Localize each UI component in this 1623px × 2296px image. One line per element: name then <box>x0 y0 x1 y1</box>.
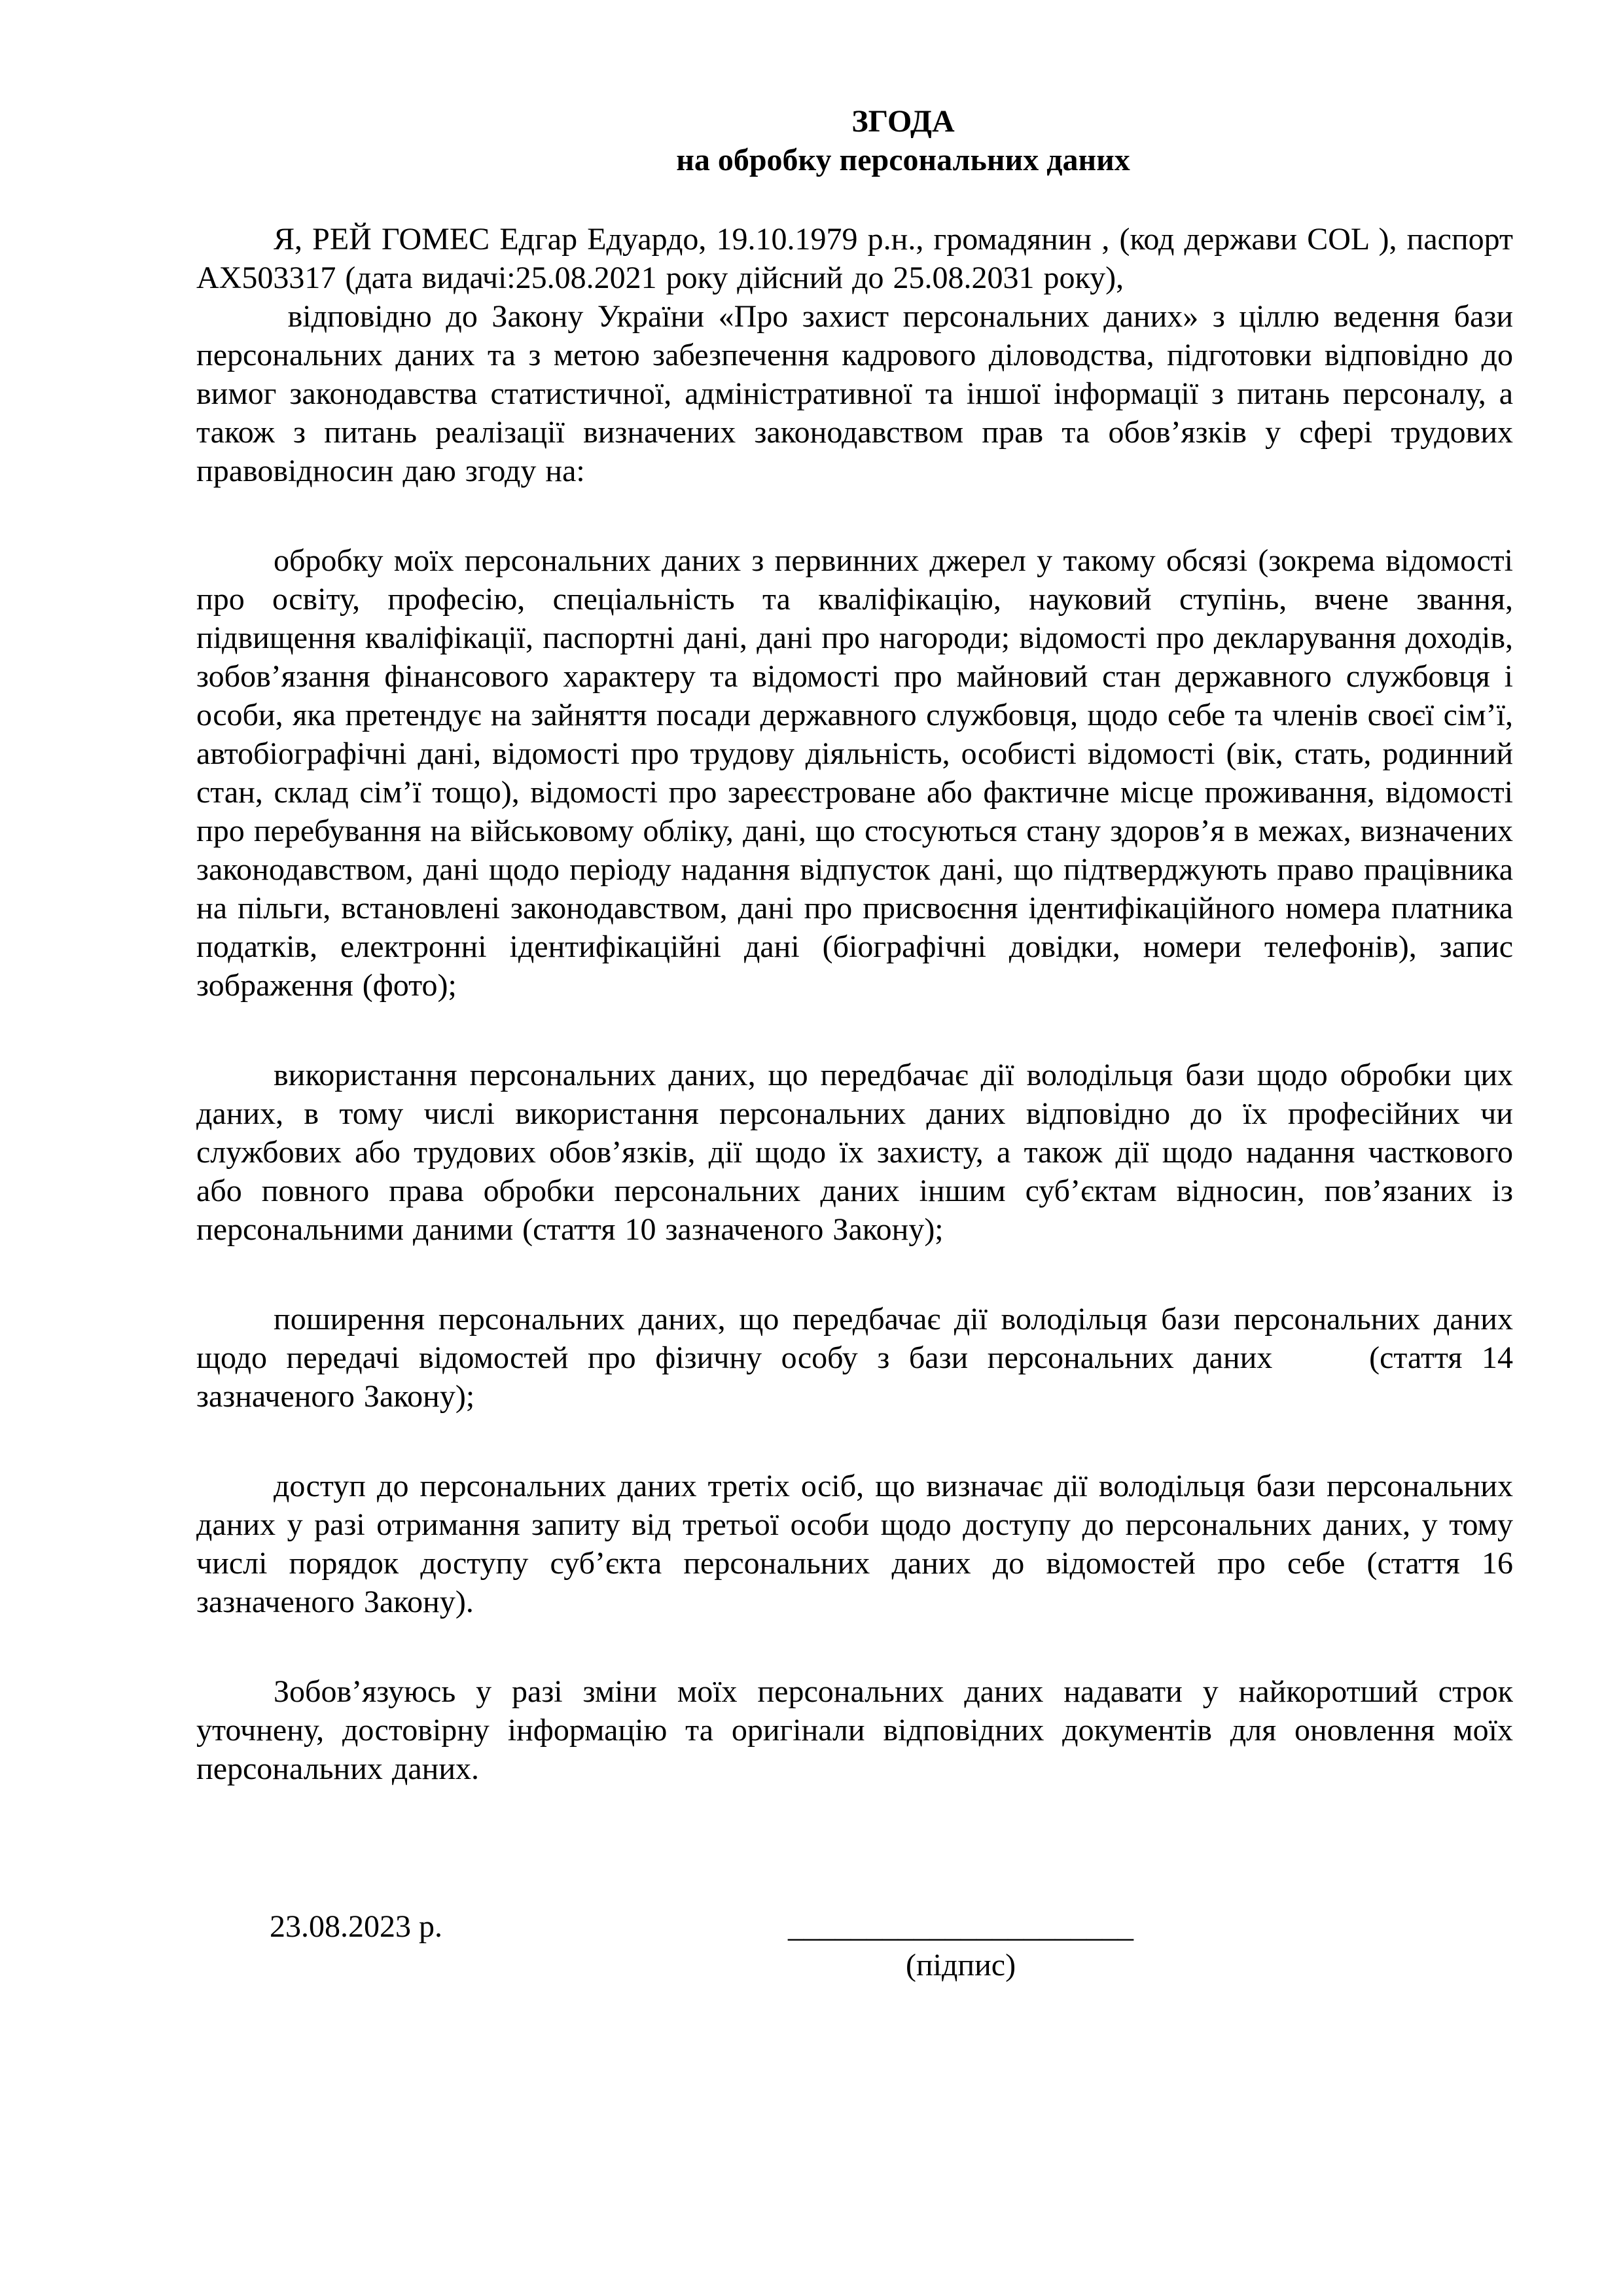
paragraph-usage-of-data: використання персональних даних, що пере… <box>196 1056 1513 1249</box>
paragraph-third-party-access: доступ до персональних даних третіх осіб… <box>196 1467 1513 1621</box>
paragraph-processing-scope: обробку моїх персональних даних з первин… <box>196 541 1513 1005</box>
title-line-consent: ЗГОДА <box>293 102 1513 141</box>
title-line-subtitle: на обробку персональних даних <box>293 141 1513 179</box>
paragraph-distribution: поширення персональних даних, що передба… <box>196 1300 1513 1416</box>
signature-row: 23.08.2023 р. ______________________ (пі… <box>196 1907 1513 2032</box>
paragraph-law-basis: відповідно до Закону України «Про захист… <box>196 297 1513 490</box>
paragraph-update-obligation: Зобов’язуюсь у разі зміни моїх персональ… <box>196 1672 1513 1788</box>
document-date: 23.08.2023 р. <box>270 1907 442 1946</box>
signature-caption: (підпис) <box>777 1946 1144 1984</box>
document-content: ЗГОДА на обробку персональних даних Я, Р… <box>196 0 1513 2032</box>
document-title: ЗГОДА на обробку персональних даних <box>196 102 1513 179</box>
signature-line: ______________________ <box>777 1907 1144 1946</box>
paragraph-identity: Я, РЕЙ ГОМЕС Едгар Едуардо, 19.10.1979 р… <box>196 220 1513 297</box>
document-page: ЗГОДА на обробку персональних даних Я, Р… <box>0 0 1623 2296</box>
signature-block: ______________________ (підпис) <box>777 1907 1144 1984</box>
